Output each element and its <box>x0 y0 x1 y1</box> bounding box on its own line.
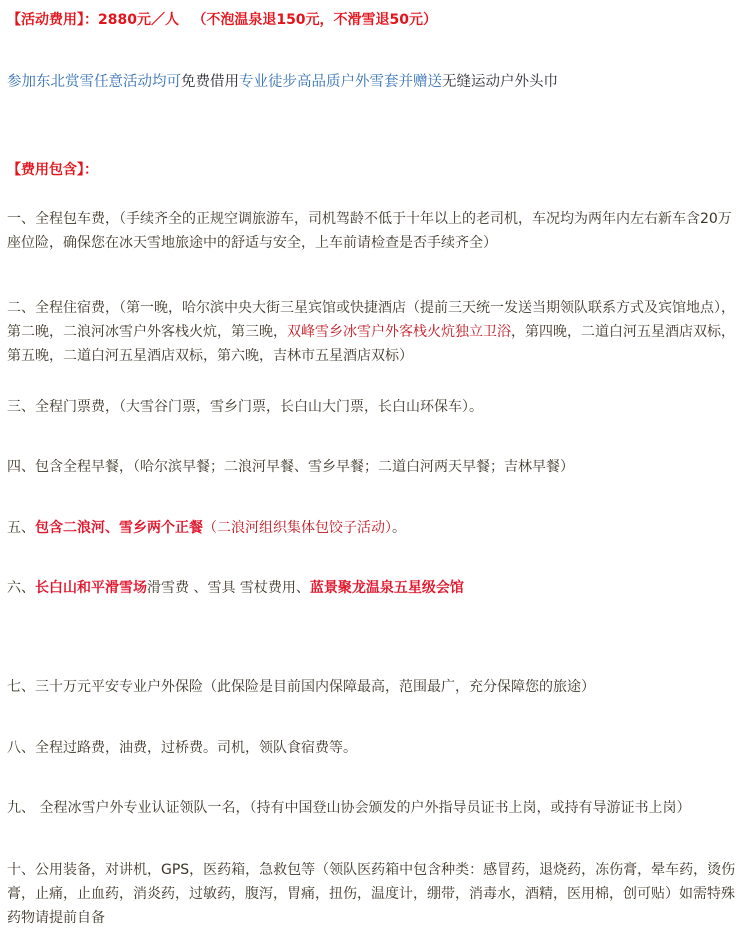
price-label: 【活动费用】： <box>7 12 98 28</box>
include-item-2-highlight: 双峰雪乡冰雪户外客栈火炕独立卫浴 <box>287 324 511 340</box>
include-item-2: 二、全程住宿费，（第一晚，哈尔滨中央大街三星宾馆或快捷酒店（提前三天统一发送当期… <box>7 296 739 368</box>
includes-heading: 【费用包含】： <box>7 160 98 180</box>
promo-part4: 无缝运动户外头巾 <box>442 74 558 90</box>
price-amount: 2880元／人 <box>98 12 179 28</box>
include-item-8-text: 八、全程过路费，油费，过桥费。司机，领队食宿费等。 <box>7 740 357 756</box>
include-item-1: 一、全程包车费，（手续齐全的正规空调旅游车，司机驾龄不低于十年以上的老司机，车况… <box>7 207 739 255</box>
include-item-5-note: （二浪河组织集体包饺子活动） <box>203 520 392 536</box>
include-item-5-highlight: 包含二浪河、雪乡两个正餐 <box>35 520 203 536</box>
include-item-6-prefix: 六、 <box>7 580 35 596</box>
price-line: 【活动费用】：2880元／人 （不泡温泉退150元，不滑雪退50元） <box>7 10 437 30</box>
promo-line: 参加东北赏雪任意活动均可免费借用专业徒步高品质户外雪套并赠送无缝运动户外头巾 <box>7 72 558 92</box>
includes-heading-text: 【费用包含】： <box>7 162 98 178</box>
include-item-5: 五、包含二浪河、雪乡两个正餐（二浪河组织集体包饺子活动）。 <box>7 518 406 538</box>
include-item-4: 四、包含全程早餐，（哈尔滨早餐；二浪河早餐、雪乡早餐；二道白河两天早餐；吉林早餐… <box>7 457 574 477</box>
include-item-5-prefix: 五、 <box>7 520 35 536</box>
include-item-7: 七、三十万元平安专业户外保险（此保险是目前国内保障最高，范围最广，充分保障您的旅… <box>7 677 595 697</box>
include-item-3: 三、全程门票费，（大雪谷门票，雪乡门票，长白山大门票，长白山环保车）。 <box>7 397 483 417</box>
include-item-4-text: 四、包含全程早餐，（哈尔滨早餐；二浪河早餐、雪乡早餐；二道白河两天早餐；吉林早餐… <box>7 459 574 475</box>
promo-part2: 免费借用 <box>181 74 239 90</box>
include-item-10: 十、公用装备，对讲机，GPS，医药箱，急救包等（领队医药箱中包含种类：感冒药，退… <box>7 858 739 930</box>
include-item-6-highlight-2: 蓝景聚龙温泉五星级会馆 <box>310 580 464 596</box>
price-note: （不泡温泉退150元，不滑雪退50元） <box>192 12 437 28</box>
include-item-6: 六、长白山和平滑雪场滑雪费 、雪具 雪杖费用、蓝景聚龙温泉五星级会馆 <box>7 578 464 598</box>
include-item-8: 八、全程过路费，油费，过桥费。司机，领队食宿费等。 <box>7 738 357 758</box>
include-item-6-middle: 滑雪费 、雪具 雪杖费用、 <box>147 580 310 596</box>
include-item-9: 九、 全程冰雪户外专业认证领队一名，（持有中国登山协会颁发的户外指导员证书上岗，… <box>7 798 690 818</box>
promo-part1: 参加东北赏雪任意活动均可 <box>7 74 181 90</box>
include-item-6-highlight-1: 长白山和平滑雪场 <box>35 580 147 596</box>
include-item-9-text: 九、 全程冰雪户外专业认证领队一名，（持有中国登山协会颁发的户外指导员证书上岗，… <box>7 800 690 816</box>
include-item-1-text: 一、全程包车费，（手续齐全的正规空调旅游车，司机驾龄不低于十年以上的老司机，车况… <box>7 211 732 251</box>
include-item-10-text: 十、公用装备，对讲机，GPS，医药箱，急救包等（领队医药箱中包含种类：感冒药，退… <box>7 862 735 926</box>
include-item-7-text: 七、三十万元平安专业户外保险（此保险是目前国内保障最高，范围最广，充分保障您的旅… <box>7 679 595 695</box>
include-item-5-suffix: 。 <box>392 520 406 536</box>
include-item-3-text: 三、全程门票费，（大雪谷门票，雪乡门票，长白山大门票，长白山环保车）。 <box>7 399 483 415</box>
promo-part3: 专业徒步高品质户外雪套并赠送 <box>239 74 442 90</box>
